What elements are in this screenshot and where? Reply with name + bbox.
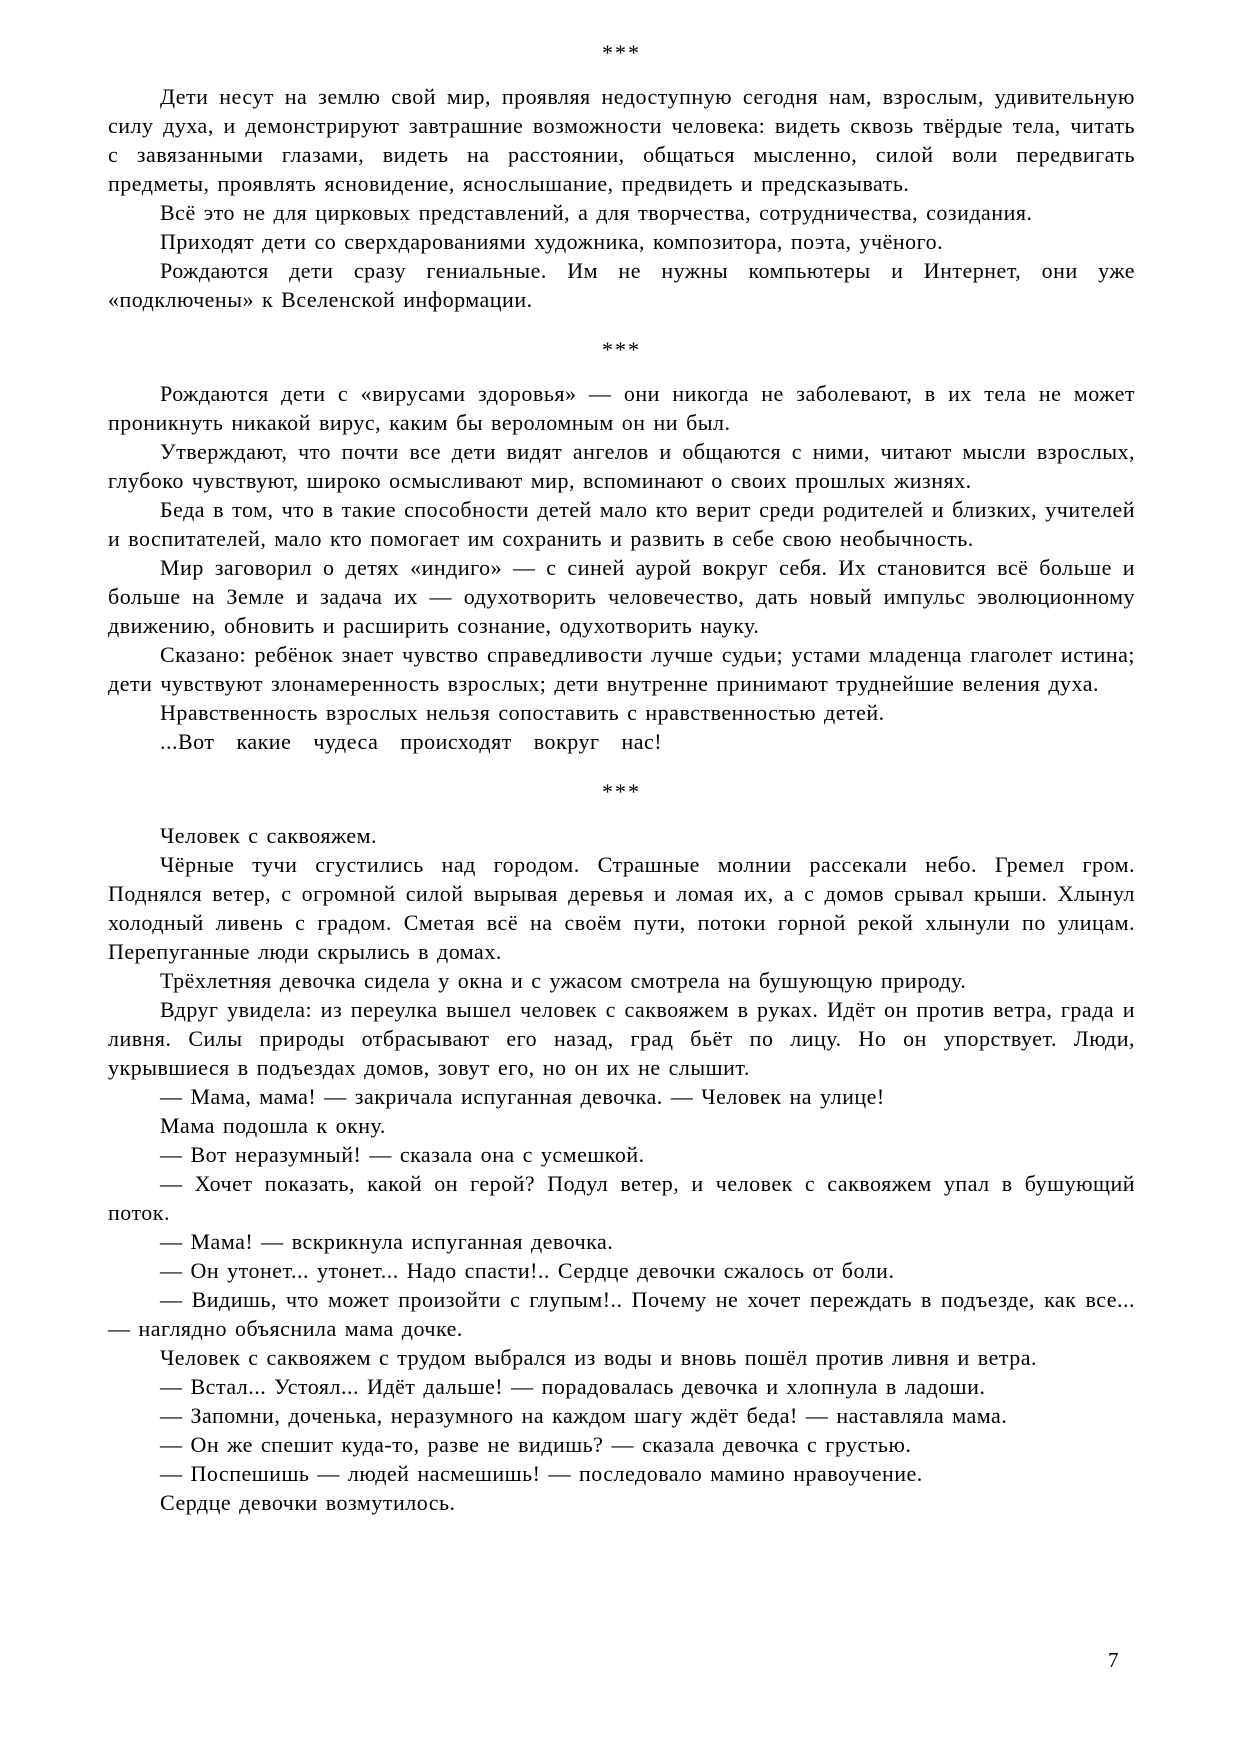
paragraph: Мир заговорил о детях «индиго» — с синей… [108,553,1135,640]
paragraph: — Хочет показать, какой он герой? Подул … [108,1169,1135,1227]
paragraph: Рождаются дети сразу гениальные. Им не н… [108,256,1135,314]
paragraph: — Запомни, доченька, неразумного на кажд… [108,1401,1135,1430]
paragraph: Приходят дети со сверхдарованиями художн… [108,227,1135,256]
document-page: ***Дети несут на землю свой мир, проявля… [0,0,1240,1754]
paragraph: — Мама, мама! — закричала испуганная дев… [108,1082,1135,1111]
page-content: ***Дети несут на землю свой мир, проявля… [108,38,1135,1517]
paragraph: — Он утонет... утонет... Надо спасти!.. … [108,1256,1135,1285]
paragraph: Трёхлетняя девочка сидела у окна и с ужа… [108,966,1135,995]
section-separator: *** [108,777,1135,806]
paragraph: — Видишь, что может произойти с глупым!.… [108,1285,1135,1343]
section-separator: *** [108,335,1135,364]
paragraph: Сказано: ребёнок знает чувство справедли… [108,640,1135,698]
paragraph: Чёрные тучи сгустились над городом. Стра… [108,850,1135,966]
paragraph: Человек с саквояжем. [108,821,1135,850]
paragraph: Беда в том, что в такие способности дете… [108,495,1135,553]
paragraph: Сердце девочки возмутилось. [108,1488,1135,1517]
paragraph: Дети несут на землю свой мир, проявляя н… [108,82,1135,198]
paragraph: — Встал... Устоял... Идёт дальше! — пора… [108,1372,1135,1401]
paragraph: Вдруг увидела: из переулка вышел человек… [108,995,1135,1082]
paragraph: Рождаются дети с «вирусами здоровья» — о… [108,379,1135,437]
paragraph: ...Вот какие чудеса происходят вокруг на… [108,727,1135,756]
paragraph: — Поспешишь — людей насмешишь! — последо… [108,1459,1135,1488]
paragraph: Человек с саквояжем с трудом выбрался из… [108,1343,1135,1372]
paragraph: Нравственность взрослых нельзя сопостави… [108,698,1135,727]
paragraph: Всё это не для цирковых представлений, а… [108,198,1135,227]
page-number: 7 [1108,1646,1138,1674]
paragraph: — Мама! — вскрикнула испуганная девочка. [108,1227,1135,1256]
paragraph: Утверждают, что почти все дети видят анг… [108,437,1135,495]
section-separator: *** [108,38,1135,67]
paragraph: — Он же спешит куда-то, разве не видишь?… [108,1430,1135,1459]
paragraph: — Вот неразумный! — сказала она с усмешк… [108,1140,1135,1169]
paragraph: Мама подошла к окну. [108,1111,1135,1140]
